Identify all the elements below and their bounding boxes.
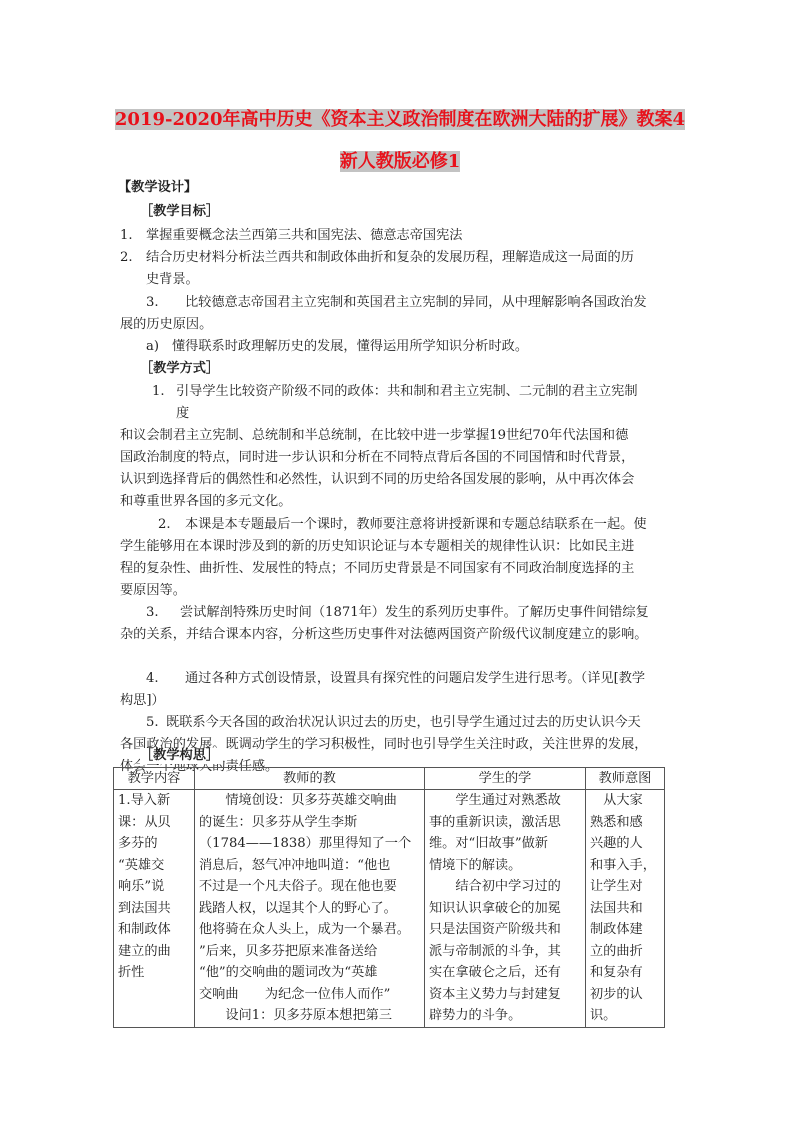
objective-text-cont: 史背景。 — [146, 272, 199, 288]
table-header-cell: 教师意图 — [586, 768, 665, 790]
heading-teaching-methods: ［教学方式］ — [140, 361, 219, 377]
document-title-line-2: 新人教版必修1 — [0, 150, 800, 174]
method-number: 2. — [158, 517, 171, 533]
method-number: 3. — [146, 605, 159, 621]
method-text: 和议会制君主立宪制、总统制和半总统制，在比较中进一步掌握19世纪70年代法国和德 — [120, 428, 628, 444]
table-cell-content: 1.导入新 课：从贝 多芬的 “英雄交 响乐”说 到法国共 和制政体 建立的曲 … — [114, 790, 195, 1028]
objective-number: 2. — [120, 250, 133, 266]
objective-number: 1. — [120, 228, 133, 244]
method-number: 4. — [146, 671, 159, 687]
heading-teaching-objectives: ［教学目标］ — [140, 204, 219, 220]
objective-text: 掌握重要概念法兰西第三共和国宪法、德意志帝国宪法 — [146, 228, 463, 244]
method-text: 和尊重世界各国的多元文化。 — [120, 494, 291, 510]
method-text: 通过各种方式创设情景，设置具有探究性的问题启发学生进行思考。（详见[教学 — [185, 671, 645, 687]
table-header-cell: 教学内容 — [114, 768, 195, 790]
objective-text: 结合历史材料分析法兰西共和制政体曲折和复杂的发展历程，理解造成这一局面的历 — [146, 250, 634, 266]
method-text: 学生能够用在本课时涉及到的新的历史知识论证与本专题相关的规律性认识：比如民主进 — [120, 539, 634, 555]
table-cell-student: 学生通过对熟悉故 事的重新识读，激活思 维。对“旧故事”做新 情境下的解读。 结… — [425, 790, 586, 1028]
method-text: 国政治制度的特点，同时进一步认识和分析在不同特点背后各国的不同国情和时代背景， — [120, 450, 634, 466]
objective-number: 3. — [146, 295, 159, 311]
heading-teaching-concept: ［教学构思］ — [140, 748, 223, 764]
method-text: 尝试解剖特殊历史时间（1871年）发生的系列历史事件。了解历史事件间错综复 — [180, 605, 649, 621]
method-text: 程的复杂性、曲折性、发展性的特点；不同历史背景是不同国家有不同政治制度选择的主 — [120, 561, 634, 577]
method-text: 本课是本专题最后一个课时，教师要注意将讲授新课和专题总结联系在一起。使 — [185, 517, 647, 533]
method-number: 1. — [152, 384, 165, 400]
teaching-concept-table: 教学内容 教师的教 学生的学 教师意图 1.导入新 课：从贝 多芬的 “英雄交 … — [113, 767, 665, 1028]
method-text: 认识到选择背后的偶然性和必然性，认识到不同的历史给各国发展的影响，从中再次体会 — [120, 472, 634, 488]
objective-text-cont: 展的历史原因。 — [120, 317, 212, 333]
method-text: 杂的关系，并结合课本内容，分析这些历史事件对法德两国资产阶级代议制度建立的影响。 — [120, 627, 648, 643]
method-text: 既联系今天各国的政治状况认识过去的历史，也引导学生通过过去的历史认识今天 — [166, 715, 641, 731]
method-text: 度 — [176, 406, 189, 422]
table-header-cell: 教师的教 — [195, 768, 425, 790]
section-heading-teaching-design: 【教学设计】 — [118, 180, 197, 196]
document-title-line-1: 2019-2020年高中历史《资本主义政治制度在欧洲大陆的扩展》教案4 — [0, 108, 800, 132]
method-number: 5. — [146, 715, 159, 731]
table-header-row: 教学内容 教师的教 学生的学 教师意图 — [114, 768, 665, 790]
method-text: 引导学生比较资产阶级不同的政体：共和制和君主立宪制、二元制的君主立宪制 — [176, 384, 638, 400]
method-text: 要原因等。 — [120, 583, 186, 599]
objective-number: a) — [146, 339, 159, 355]
document-page: 2019-2020年高中历史《资本主义政治制度在欧洲大陆的扩展》教案4 新人教版… — [0, 0, 800, 1132]
table-row: 1.导入新 课：从贝 多芬的 “英雄交 响乐”说 到法国共 和制政体 建立的曲 … — [114, 790, 665, 1028]
table-header-cell: 学生的学 — [425, 768, 586, 790]
method-text: 构思]） — [120, 693, 165, 709]
objective-text: 比较德意志帝国君主立宪制和英国君主立宪制的异同，从中理解影响各国政治发 — [185, 295, 647, 311]
table-cell-intent: 从大家 熟悉和感 兴趣的人 和事入手， 让学生对 法国共和 制政体建 立的曲折 … — [586, 790, 665, 1028]
objective-text: 懂得联系时政理解历史的发展，懂得运用所学知识分析时政。 — [172, 339, 528, 355]
table-cell-teacher: 情境创设：贝多芬英雄交响曲 的诞生：贝多芬从学生李斯 （1784——1838）那… — [195, 790, 425, 1028]
